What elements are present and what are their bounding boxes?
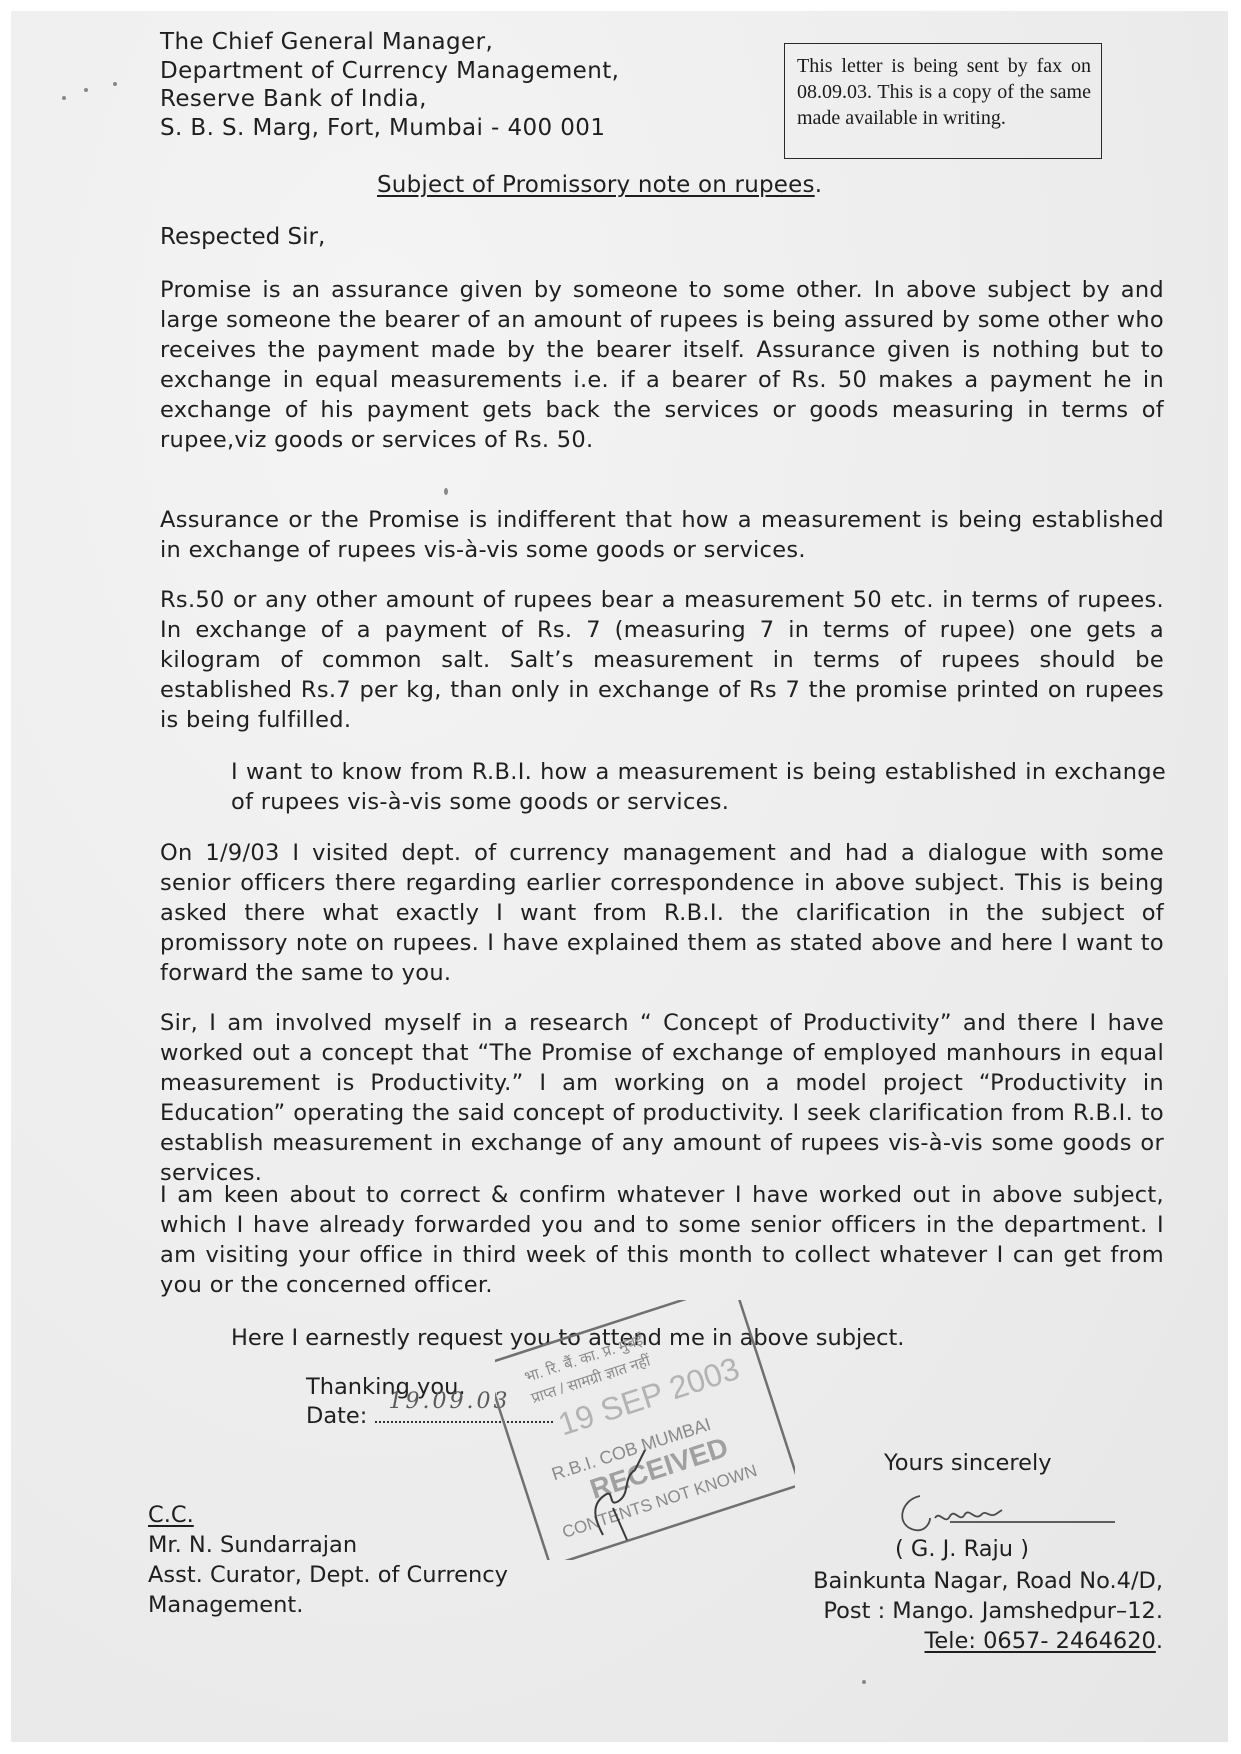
subject-line: Subject of Promissory note on rupees. <box>377 172 822 198</box>
subject-period: . <box>815 172 823 198</box>
sender-address: Bainkunta Nagar, Road No.4/D, Post : Man… <box>813 1566 1163 1656</box>
scan-speck <box>862 1680 866 1684</box>
sender-address-line: Post : Mango. Jamshedpur–12. <box>813 1596 1163 1626</box>
recipient-line: The Chief General Manager, <box>160 28 619 57</box>
body-paragraph: On 1/9/03 I visited dept. of currency ma… <box>160 838 1164 988</box>
date-label: Date: <box>306 1403 375 1429</box>
scan-speck <box>444 488 448 495</box>
recipient-line: S. B. S. Marg, Fort, Mumbai - 400 001 <box>160 114 619 143</box>
handwritten-date: 19.09.03 <box>389 1387 511 1417</box>
sender-address-line: Bainkunta Nagar, Road No.4/D, <box>813 1566 1163 1596</box>
cc-label: C.C. <box>148 1500 508 1530</box>
sender-name: ( G. J. Raju ) <box>895 1536 1029 1562</box>
date-line: Date: 19.09.03 <box>306 1401 553 1431</box>
body-paragraph: Sir, I am involved myself in a research … <box>160 1008 1164 1188</box>
cc-line: Asst. Curator, Dept. of Currency <box>148 1560 508 1590</box>
cc-line: Mr. N. Sundarrajan <box>148 1530 508 1560</box>
valediction: Yours sincerely <box>884 1450 1052 1476</box>
body-paragraph: Promise is an assurance given by someone… <box>160 275 1164 455</box>
scan-speck <box>84 88 88 92</box>
sender-phone-line: Tele: 0657- 2464620. <box>813 1626 1163 1656</box>
sender-phone: Tele: 0657- 2464620 <box>925 1628 1156 1654</box>
scan-speck <box>113 82 117 86</box>
cc-line: Management. <box>148 1590 508 1620</box>
handwritten-signature <box>890 1488 1120 1538</box>
recipient-line: Department of Currency Management, <box>160 57 619 86</box>
body-paragraph: Assurance or the Promise is indifferent … <box>160 505 1164 565</box>
subject-text: Subject of Promissory note on rupees <box>377 172 815 198</box>
recipient-line: Reserve Bank of India, <box>160 85 619 114</box>
date-field: 19.09.03 <box>375 1403 553 1423</box>
body-paragraph: Rs.50 or any other amount of rupees bear… <box>160 585 1164 735</box>
fax-notice-box: This letter is being sent by fax on 08.0… <box>784 43 1102 159</box>
body-paragraph: I am keen about to correct & confirm wha… <box>160 1180 1164 1300</box>
earnest-request: Here I earnestly request you to attend m… <box>231 1323 904 1353</box>
phone-period: . <box>1156 1628 1163 1654</box>
recipient-address: The Chief General Manager, Department of… <box>160 28 619 142</box>
cc-block: C.C. Mr. N. Sundarrajan Asst. Curator, D… <box>148 1500 508 1620</box>
salutation: Respected Sir, <box>160 224 325 250</box>
body-paragraph-request: I want to know from R.B.I. how a measure… <box>231 757 1166 817</box>
scan-speck <box>62 96 66 100</box>
